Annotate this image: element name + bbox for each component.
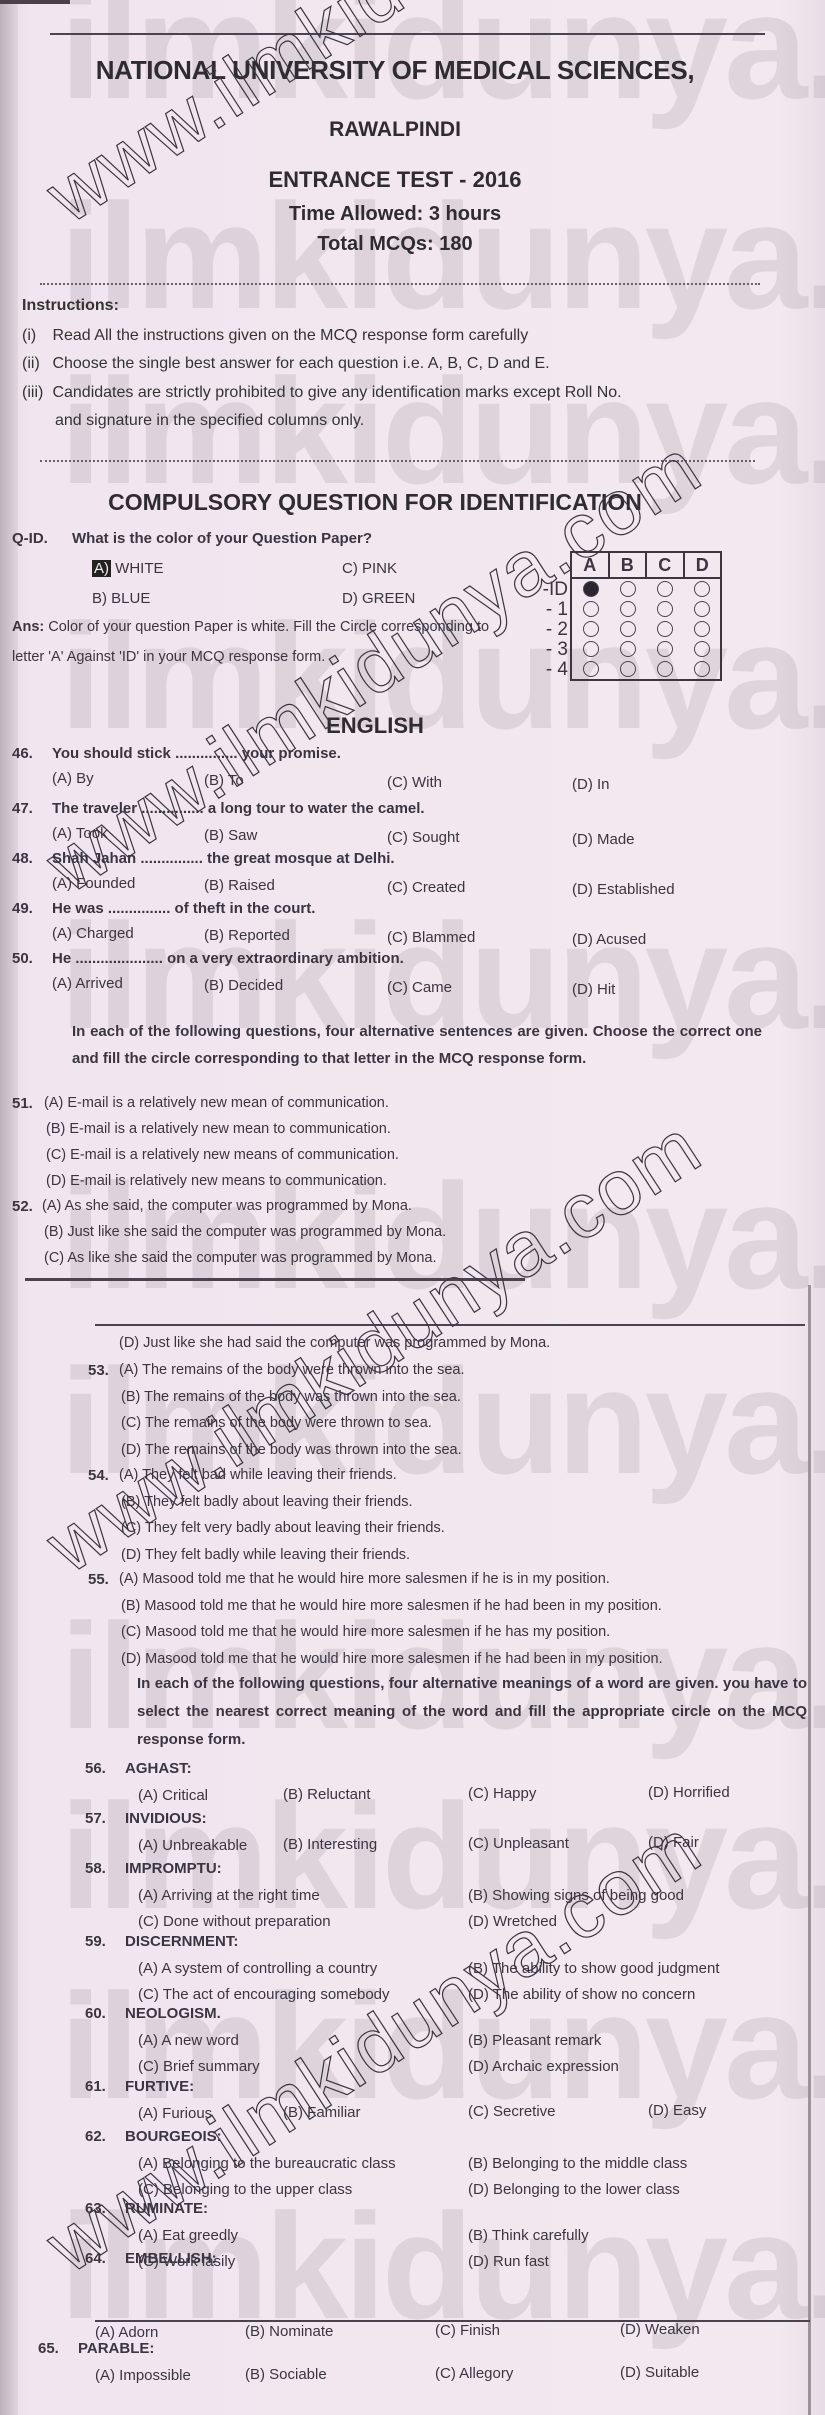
answer-bubble bbox=[646, 621, 683, 637]
question: 49.He was ............... of theft in th… bbox=[12, 900, 315, 917]
question: 46.You should stick ............... your… bbox=[12, 745, 341, 762]
answer-option: (B) E-mail is a relatively new mean to c… bbox=[46, 1121, 391, 1137]
answer-option: (A) By bbox=[52, 770, 94, 787]
question-number: 52. bbox=[12, 1198, 33, 1215]
question: 50.He ..................... on a very ex… bbox=[12, 950, 404, 967]
answer-option: (C) E-mail is a relatively new means of … bbox=[46, 1147, 399, 1163]
answer-option: (A) Arrived bbox=[52, 975, 123, 992]
answer-option: (A) Founded bbox=[52, 875, 135, 892]
city-title: RAWALPINDI bbox=[0, 118, 790, 142]
answer-option: (B) Showing signs of being good bbox=[468, 1887, 684, 1904]
identification-question: Q-ID.What is the color of your Question … bbox=[12, 530, 372, 547]
answer-option: (A) Eat greedly bbox=[138, 2227, 238, 2244]
grid-row bbox=[572, 639, 720, 659]
answer-option: (A) Belonging to the bureaucratic class bbox=[138, 2155, 396, 2172]
answer-option: (D) Run fast bbox=[468, 2253, 549, 2270]
answer-bubble bbox=[646, 641, 683, 657]
answer-option: (A) Impossible bbox=[95, 2367, 191, 2384]
grid-col-label: B bbox=[610, 553, 648, 577]
top-edge-mark bbox=[0, 0, 70, 4]
answer-option: (C) The act of encouraging somebody bbox=[138, 1986, 390, 2003]
meaning-instruction: In each of the following questions, four… bbox=[137, 1670, 807, 1754]
answer-option: (C) Belonging to the upper class bbox=[138, 2181, 352, 2198]
instruction-item: (i) Read All the instructions given on t… bbox=[22, 327, 528, 345]
answer-option: (A) Charged bbox=[52, 925, 134, 942]
answer-option: (D) Wretched bbox=[468, 1913, 557, 1930]
answer-option: (D) Weaken bbox=[620, 2321, 700, 2338]
answer-option: (B) The ability to show good judgment bbox=[468, 1960, 720, 1977]
answer-option: (A) A system of controlling a country bbox=[138, 1960, 377, 1977]
answer-option: (B) Belonging to the middle class bbox=[468, 2155, 687, 2172]
institution-title: NATIONAL UNIVERSITY OF MEDICAL SCIENCES, bbox=[0, 55, 790, 86]
instruction-item: (ii) Choose the single best answer for e… bbox=[22, 355, 550, 373]
answer-option: (B) Interesting bbox=[283, 1836, 377, 1853]
top-rule bbox=[50, 33, 765, 35]
instruction-item: (iii) Candidates are strictly prohibited… bbox=[22, 384, 622, 402]
answer-option: (A) E-mail is a relatively new mean of c… bbox=[44, 1095, 389, 1111]
grid-col-label: C bbox=[647, 553, 685, 577]
answer-bubble bbox=[609, 621, 646, 637]
answer-option: (C) Happy bbox=[468, 1785, 536, 1802]
question-number: 54. bbox=[88, 1467, 109, 1484]
answer-bubble bbox=[683, 581, 720, 597]
answer-option: (B) The remains of the body was thrown i… bbox=[121, 1389, 461, 1405]
answer-option: (B) Pleasant remark bbox=[468, 2032, 601, 2049]
instruction-continuation: and signature in the specified columns o… bbox=[55, 412, 364, 430]
answer-bubble bbox=[683, 601, 720, 617]
row-label: - 1 bbox=[522, 600, 568, 620]
answer-bubble bbox=[572, 621, 609, 637]
question-number: 55. bbox=[88, 1571, 109, 1588]
question: 47.The traveler ............... a long t… bbox=[12, 800, 425, 817]
answer-option: (D) Established bbox=[572, 881, 675, 898]
answer-option: (C) Blammed bbox=[387, 929, 475, 946]
answer-option: (B) To bbox=[204, 772, 244, 789]
answer-option: (A) As she said, the computer was progra… bbox=[42, 1198, 412, 1214]
answer-option: (B) Raised bbox=[204, 877, 275, 894]
answer-option: (A) Arriving at the right time bbox=[138, 1887, 320, 1904]
row-label: - 3 bbox=[522, 640, 568, 660]
answer-option: (B) Nominate bbox=[245, 2323, 333, 2340]
answer-option: (D) Archaic expression bbox=[468, 2058, 619, 2075]
answer-bubble bbox=[572, 641, 609, 657]
grid-col-label: A bbox=[572, 553, 610, 577]
answer-option: (C) With bbox=[387, 774, 442, 791]
vocab-question: 65.PARABLE: bbox=[38, 2340, 154, 2357]
answer-option: (B) Masood told me that he would hire mo… bbox=[121, 1598, 662, 1614]
total-mcqs: Total MCQs: 180 bbox=[0, 233, 790, 256]
answer-bubble bbox=[646, 661, 683, 677]
answer-option: (D) Just like she had said the computer … bbox=[119, 1335, 550, 1351]
answer-option: (C) They felt very badly about leaving t… bbox=[121, 1520, 445, 1536]
answer-option: (C) Brief summary bbox=[138, 2058, 260, 2075]
answer-bubble bbox=[572, 661, 609, 677]
answer-option: (B) Decided bbox=[204, 977, 283, 994]
answer-bubble bbox=[609, 661, 646, 677]
english-heading: ENGLISH bbox=[0, 713, 770, 739]
answer-option: (D) Easy bbox=[648, 2102, 706, 2119]
vocab-question: 60.NEOLOGISM. bbox=[85, 2005, 221, 2022]
answer-option: (A) Furious bbox=[138, 2105, 212, 2122]
id-option-d: D) GREEN bbox=[342, 590, 415, 607]
instructions-heading: Instructions: bbox=[22, 297, 119, 315]
answer-option: (B) Sociable bbox=[245, 2366, 327, 2383]
watermark: ilmkidunya.com bbox=[60, 170, 825, 343]
answer-option: (D) Belonging to the lower class bbox=[468, 2181, 680, 2198]
dotted-divider bbox=[40, 460, 755, 462]
vocab-question: 64.EMBELLISH: bbox=[85, 2250, 217, 2267]
vocab-question: 63.RUMINATE: bbox=[85, 2200, 208, 2217]
answer-option: (D) Horrified bbox=[648, 1784, 730, 1801]
answer-option: (B) Just like she said the computer was … bbox=[44, 1224, 446, 1240]
grid-row bbox=[572, 599, 720, 619]
answer-option: (A) The remains of the body were thrown … bbox=[119, 1362, 465, 1378]
question: 48.Shah Jahan ............... the great … bbox=[12, 850, 395, 867]
answer-bubble bbox=[683, 661, 720, 677]
answer-option: (A) Unbreakable bbox=[138, 1837, 247, 1854]
answer-option: (A) A new word bbox=[138, 2032, 239, 2049]
vocab-question: 56.AGHAST: bbox=[85, 1760, 192, 1777]
answer-option: (C) Unpleasant bbox=[468, 1835, 569, 1852]
answer-option: (D) E-mail is relatively new means to co… bbox=[46, 1173, 387, 1189]
answer-bubble bbox=[609, 581, 646, 597]
question-number: 53. bbox=[88, 1362, 109, 1379]
answer-option: (C) Came bbox=[387, 979, 452, 996]
answer-option: (D) Suitable bbox=[620, 2364, 699, 2381]
grid-row bbox=[572, 659, 720, 679]
vocab-question: 59.DISCERNMENT: bbox=[85, 1933, 238, 1950]
answer-option: (C) Masood told me that he would hire mo… bbox=[121, 1624, 610, 1640]
answer-bubble bbox=[683, 641, 720, 657]
sheet1-bottom-rule bbox=[25, 1278, 525, 1281]
answer-option: (B) They felt badly about leaving their … bbox=[121, 1494, 413, 1510]
answer-option: (D) The remains of the body was thrown i… bbox=[121, 1442, 462, 1458]
answer-option: (B) Reported bbox=[204, 927, 290, 944]
answer-option: (D) The ability of show no concern bbox=[468, 1986, 695, 2003]
answer-option: (B) Think carefully bbox=[468, 2227, 589, 2244]
time-allowed: Time Allowed: 3 hours bbox=[0, 203, 790, 226]
vocab-question: 61.FURTIVE: bbox=[85, 2078, 194, 2095]
answer-option: (A) Masood told me that he would hire mo… bbox=[119, 1571, 610, 1587]
answer-option: (D) In bbox=[572, 776, 610, 793]
answer-option: (D) Fair bbox=[648, 1834, 699, 1851]
answer-bubble bbox=[609, 641, 646, 657]
answer-option: (C) Done without preparation bbox=[138, 1913, 331, 1930]
answer-option: (C) Created bbox=[387, 879, 465, 896]
sentence-instruction: In each of the following questions, four… bbox=[72, 1018, 762, 1072]
grid-row bbox=[572, 619, 720, 639]
answer-bubble bbox=[609, 601, 646, 617]
grid-col-label: D bbox=[685, 553, 721, 577]
vocab-question: 57.INVIDIOUS: bbox=[85, 1810, 207, 1827]
vocab-question: 62.BOURGEOIS: bbox=[85, 2128, 222, 2145]
id-option-c: C) PINK bbox=[342, 560, 397, 577]
sheet2-top-rule bbox=[95, 1324, 805, 1326]
answer-bubble bbox=[646, 601, 683, 617]
answer-option: (B) Familiar bbox=[283, 2104, 361, 2121]
answer-bubble bbox=[646, 581, 683, 597]
sheet2-right-edge bbox=[808, 1285, 811, 2415]
question-number: 51. bbox=[12, 1095, 33, 1112]
answer-bubble bbox=[683, 621, 720, 637]
answer-option: (B) Reluctant bbox=[283, 1786, 371, 1803]
identification-heading: COMPULSORY QUESTION FOR IDENTIFICATION bbox=[0, 489, 770, 516]
id-option-a: A) WHITE bbox=[92, 560, 164, 577]
answer-option: (C) Sought bbox=[387, 829, 460, 846]
grid-row bbox=[572, 579, 720, 599]
answer-option: (A) Critical bbox=[138, 1787, 208, 1804]
id-option-b: B) BLUE bbox=[92, 590, 150, 607]
row-label: -ID bbox=[522, 580, 568, 600]
answer-option: (D) They felt badly while leaving their … bbox=[121, 1547, 410, 1563]
sheet2-bottom-rule bbox=[95, 2320, 810, 2322]
answer-option: (C) Secretive bbox=[468, 2103, 556, 2120]
answer-option: (C) Finish bbox=[435, 2322, 500, 2339]
identification-answer: Ans: Color of your question Paper is whi… bbox=[12, 612, 502, 672]
answer-grid-row-labels: -ID - 1 - 2 - 3 - 4 bbox=[522, 580, 568, 680]
answer-option: (C) The remains of the body were thrown … bbox=[121, 1415, 432, 1431]
exam-page: ilmkidunya.com ilmkidunya.com ilmkidunya… bbox=[0, 0, 825, 2415]
answer-bubble bbox=[572, 581, 609, 597]
answer-option: (A) Adorn bbox=[95, 2324, 158, 2341]
answer-option: (A) They felt bad while leaving their fr… bbox=[119, 1467, 397, 1483]
answer-option: (D) Masood told me that he would hire mo… bbox=[121, 1651, 663, 1667]
row-label: - 2 bbox=[522, 620, 568, 640]
answer-bubble-grid: A B C D bbox=[570, 551, 722, 681]
dotted-divider bbox=[40, 283, 760, 285]
answer-option: (D) Acused bbox=[572, 931, 646, 948]
answer-option: (B) Saw bbox=[204, 827, 257, 844]
answer-bubble bbox=[572, 601, 609, 617]
row-label: - 4 bbox=[522, 660, 568, 680]
answer-option: (C) Allegory bbox=[435, 2365, 513, 2382]
grid-header: A B C D bbox=[572, 553, 720, 579]
vocab-question: 58.IMPROMPTU: bbox=[85, 1860, 222, 1877]
answer-option: (D) Hit bbox=[572, 981, 615, 998]
test-title: ENTRANCE TEST - 2016 bbox=[0, 167, 790, 193]
answer-option: (C) As like she said the computer was pr… bbox=[44, 1250, 436, 1266]
answer-option: (D) Made bbox=[572, 831, 635, 848]
answer-option: (A) Took bbox=[52, 825, 108, 842]
